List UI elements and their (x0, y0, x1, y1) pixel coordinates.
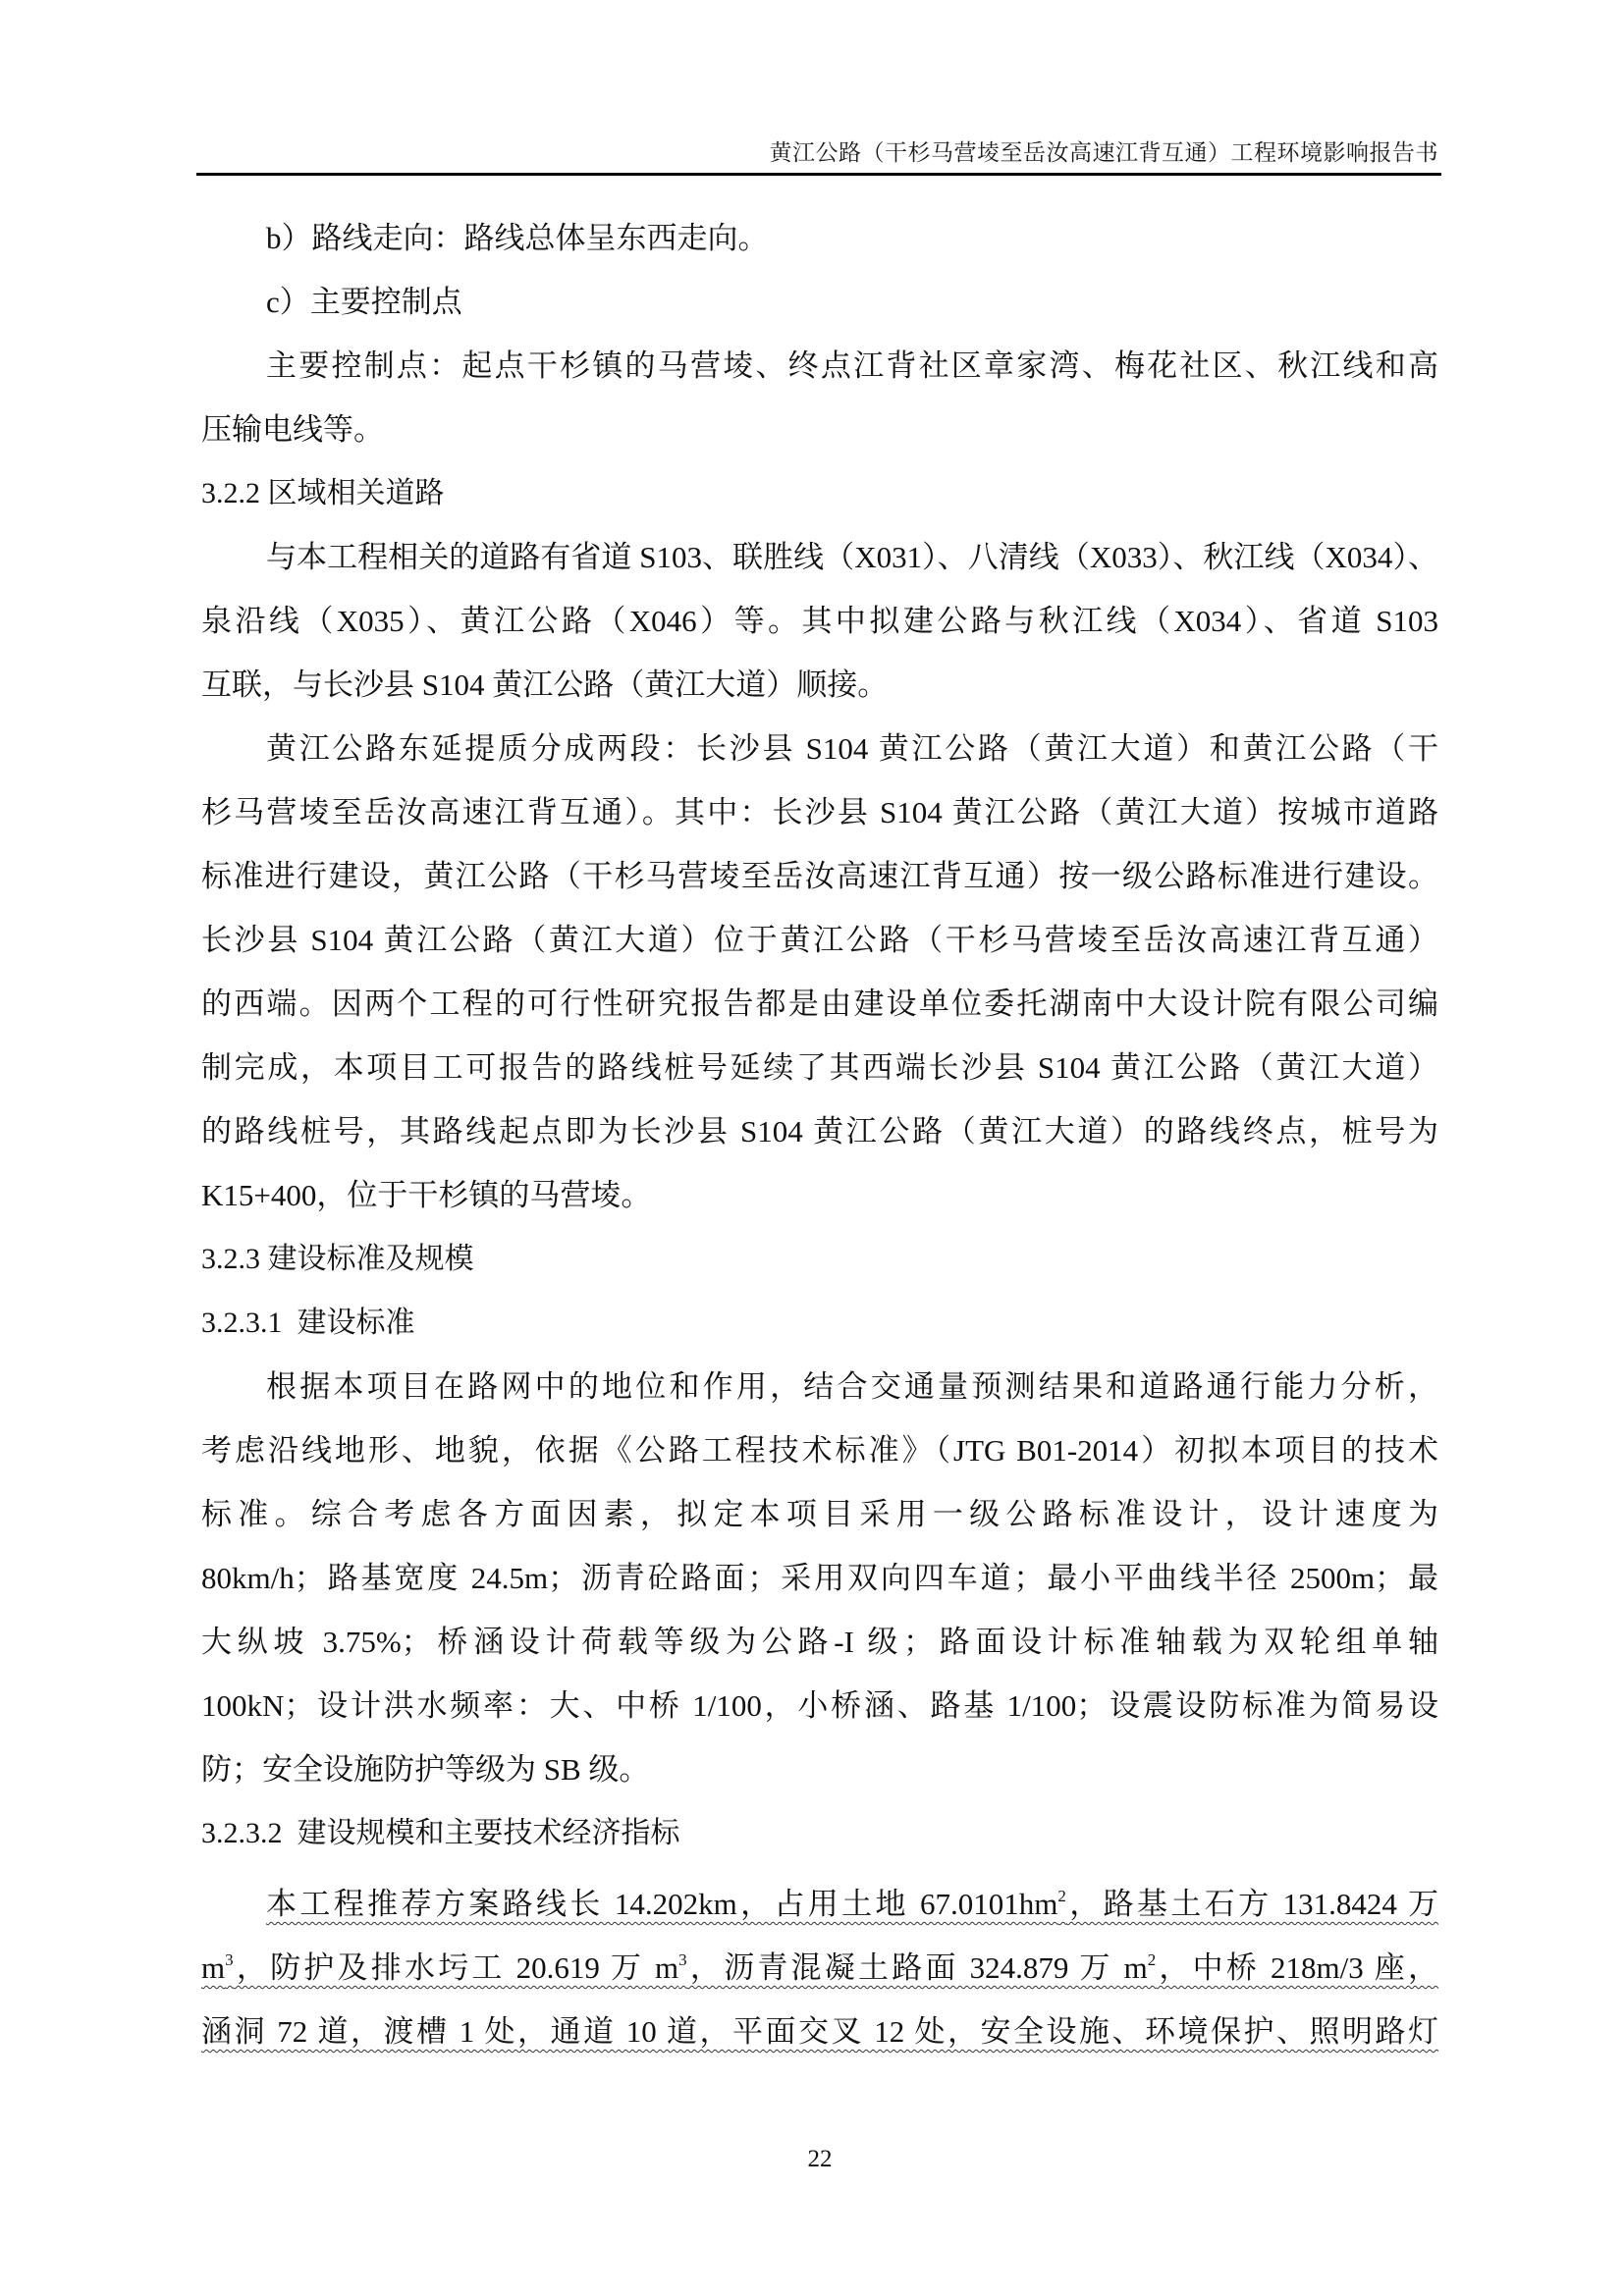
paragraph-line: 标准。综合考虑各方面因素，拟定本项目采用一级公路标准设计，设计速度为 (201, 1482, 1438, 1546)
control-points-line: 压输电线等。 (201, 398, 1438, 461)
paragraph-line: 根据本项目在路网中的地位和作用，结合交通量预测结果和道路通行能力分析， (201, 1355, 1438, 1418)
page-number: 22 (0, 2144, 1624, 2175)
paragraph-line: 标准进行建设，黄江公路（干杉马营堎至岳汝高速江背互通）按一级公路标准进行建设。 (201, 844, 1438, 908)
text-fragment: m (201, 1950, 225, 1985)
control-points-line: 主要控制点：起点干杉镇的马营堎、终点江背社区章家湾、梅花社区、秋江线和高 (201, 334, 1438, 398)
highlighted-text: 本工程推荐方案路线长 14.202km，占用土地 67.0101hm2，路基土石… (266, 1887, 1438, 1921)
paragraph-line: 杉马营堎至岳汝高速江背互通）。其中：长沙县 S104 黄江公路（黄江大道）按城市… (201, 780, 1438, 844)
paragraph-line: 的西端。因两个工程的可行性研究报告都是由建设单位委托湖南中大设计院有限公司编 (201, 972, 1438, 1036)
superscript: 2 (1057, 1887, 1066, 1905)
paragraph-line: 大纵坡 3.75%；桥涵设计荷载等级为公路-I 级；路面设计标准轴载为双轮组单轴 (201, 1610, 1438, 1674)
scale-paragraph-line: 涵洞 72 道，渡槽 1 处，通道 10 道，平面交叉 12 处，安全设施、环境… (201, 2000, 1438, 2063)
route-direction-item: b）路线走向：路线总体呈东西走向。 (201, 206, 1438, 270)
paragraph-line: 100kN；设计洪水频率：大、中桥 1/100，小桥涵、路基 1/100；设震设… (201, 1674, 1438, 1737)
control-points-label: c）主要控制点 (201, 270, 1438, 334)
superscript: 3 (225, 1950, 234, 1969)
paragraph-line: 80km/h；路基宽度 24.5m；沥青砼路面；采用双向四车道；最小平曲线半径 … (201, 1546, 1438, 1610)
paragraph-line: 长沙县 S104 黄江公路（黄江大道）位于黄江公路（干杉马营堎至岳汝高速江背互通… (201, 908, 1438, 972)
text-fragment: ，路基土石方 131.8424 万 (1066, 1887, 1438, 1921)
paragraph-line: K15+400，位于干杉镇的马营堎。 (201, 1163, 1438, 1227)
scale-paragraph-line: 本工程推荐方案路线长 14.202km，占用土地 67.0101hm2，路基土石… (201, 1872, 1438, 1936)
paragraph-line: 的路线桩号，其路线起点即为长沙县 S104 黄江公路（黄江大道）的路线终点，桩号… (201, 1099, 1438, 1163)
highlighted-text: m3，防护及排水圬工 20.619 万 m3，沥青混凝土路面 324.879 万… (201, 1950, 1438, 1985)
superscript: 3 (678, 1950, 687, 1969)
superscript: 2 (1148, 1950, 1157, 1969)
paragraph-line: 考虑沿线地形、地貌，依据《公路工程技术标准》（JTG B01-2014）初拟本项… (201, 1418, 1438, 1482)
text-fragment: ，沥青混凝土路面 324.879 万 m (687, 1950, 1148, 1985)
paragraph-line: 黄江公路东延提质分成两段：长沙县 S104 黄江公路（黄江大道）和黄江公路（干 (201, 717, 1438, 780)
subsection-heading-3-2-3-1: 3.2.3.1 建设标准 (201, 1291, 1438, 1355)
section-heading-3-2-3: 3.2.3 建设标准及规模 (201, 1227, 1438, 1291)
header-rule (196, 173, 1441, 176)
text-fragment: 本工程推荐方案路线长 14.202km，占用土地 67.0101hm (266, 1887, 1057, 1921)
paragraph-line: 与本工程相关的道路有省道 S103、联胜线（X031）、八清线（X033）、秋江… (201, 525, 1438, 589)
section-heading-3-2-2: 3.2.2 区域相关道路 (201, 461, 1438, 525)
text-fragment: ，中桥 218m/3 座， (1156, 1950, 1438, 1985)
subsection-heading-3-2-3-2: 3.2.3.2 建设规模和主要技术经济指标 (201, 1801, 1438, 1865)
document-body: b）路线走向：路线总体呈东西走向。 c）主要控制点 主要控制点：起点干杉镇的马营… (201, 206, 1438, 2063)
paragraph-line: 互联，与长沙县 S104 黄江公路（黄江大道）顺接。 (201, 653, 1438, 717)
paragraph-line: 防；安全设施防护等级为 SB 级。 (201, 1737, 1438, 1801)
highlighted-text: 涵洞 72 道，渡槽 1 处，通道 10 道，平面交叉 12 处，安全设施、环境… (201, 2014, 1438, 2049)
running-header: 黄江公路（干杉马营堎至岳汝高速江背互通）工程环境影响报告书 (196, 137, 1438, 169)
text-fragment: ，防护及排水圬工 20.619 万 m (234, 1950, 679, 1985)
scale-paragraph-line: m3，防护及排水圬工 20.619 万 m3，沥青混凝土路面 324.879 万… (201, 1936, 1438, 2000)
paragraph-line: 泉沿线（X035）、黄江公路（X046）等。其中拟建公路与秋江线（X034）、省… (201, 589, 1438, 653)
paragraph-line: 制完成，本项目工可报告的路线桩号延续了其西端长沙县 S104 黄江公路（黄江大道… (201, 1036, 1438, 1099)
